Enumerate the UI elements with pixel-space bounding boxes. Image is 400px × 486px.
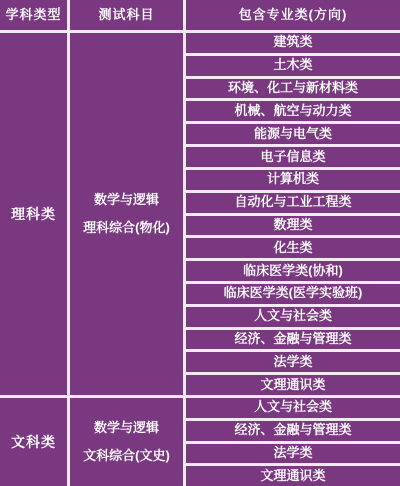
header-test-subjects: 测试科目 [70, 0, 183, 30]
subject-line: 文科综合(文史) [83, 449, 170, 464]
major-category-cell: 经济、金融与管理类 [186, 330, 400, 350]
subject-line: 数学与逻辑 [94, 193, 159, 208]
major-category-cell: 经济、金融与管理类 [186, 421, 400, 441]
major-category-cell: 临床医学类(医学实验班) [186, 284, 400, 304]
major-category-cell: 法学类 [186, 444, 400, 464]
majors-list-science: 建筑类土木类环境、化工与新材料类机械、航空与动力类能源与电气类电子信息类计算机类… [186, 33, 400, 395]
major-category-cell: 文理通识类 [186, 466, 400, 486]
major-category-cell: 数理类 [186, 216, 400, 236]
major-category-cell: 能源与电气类 [186, 124, 400, 144]
majors-list-arts: 人文与社会类经济、金融与管理类法学类文理通识类 [186, 398, 400, 486]
major-category-cell: 法学类 [186, 352, 400, 372]
section-type-arts: 文科类 [0, 398, 67, 486]
section-type-science: 理科类 [0, 33, 67, 395]
header-included-majors: 包含专业类(方向) [186, 0, 400, 30]
major-category-cell: 土木类 [186, 56, 400, 76]
header-subject-type: 学科类型 [0, 0, 67, 30]
major-category-cell: 机械、航空与动力类 [186, 101, 400, 121]
major-category-cell: 电子信息类 [186, 147, 400, 167]
section-subjects-arts: 数学与逻辑 文科综合(文史) [70, 398, 183, 486]
major-category-cell: 自动化与工业工程类 [186, 193, 400, 213]
major-category-cell: 计算机类 [186, 170, 400, 190]
major-category-cell: 建筑类 [186, 33, 400, 53]
major-category-cell: 人文与社会类 [186, 398, 400, 418]
subject-line: 数学与逻辑 [94, 421, 159, 436]
major-category-cell: 环境、化工与新材料类 [186, 79, 400, 99]
subject-line: 理科综合(物化) [83, 221, 170, 236]
admission-subjects-table: 学科类型 测试科目 包含专业类(方向) 理科类 数学与逻辑 理科综合(物化) 建… [0, 0, 400, 486]
major-category-cell: 人文与社会类 [186, 307, 400, 327]
major-category-cell: 文理通识类 [186, 375, 400, 395]
major-category-cell: 化生类 [186, 238, 400, 258]
major-category-cell: 临床医学类(协和) [186, 261, 400, 281]
section-subjects-science: 数学与逻辑 理科综合(物化) [70, 33, 183, 395]
